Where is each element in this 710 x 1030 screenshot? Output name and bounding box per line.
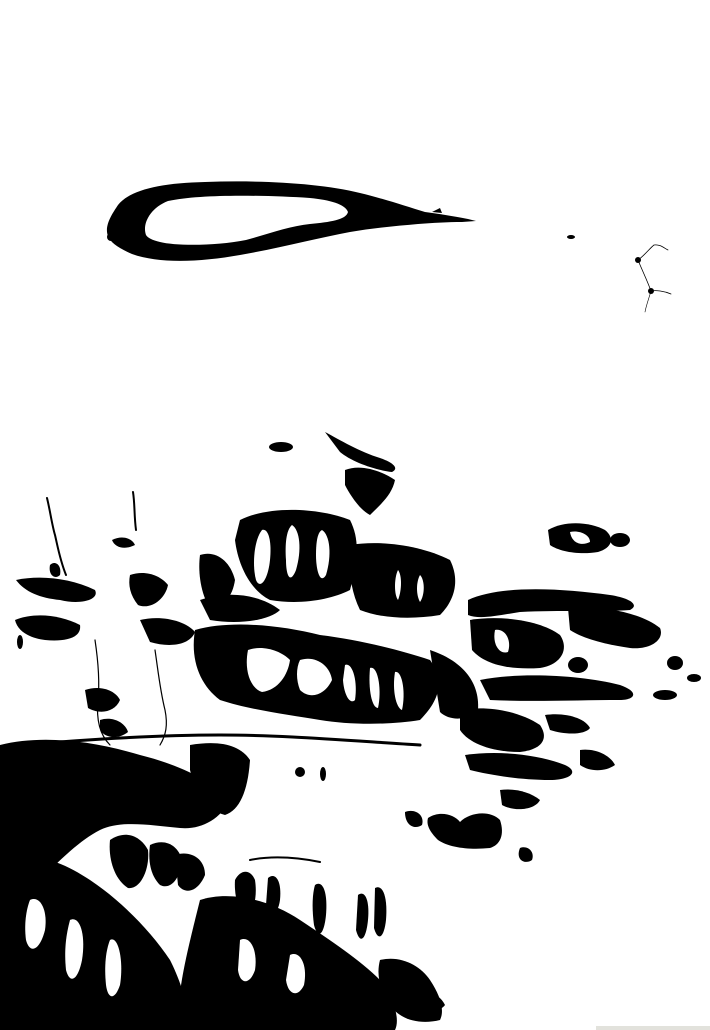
paper-background (0, 0, 710, 1030)
ink-artwork (0, 0, 710, 1030)
edge-smudge (596, 1026, 710, 1030)
